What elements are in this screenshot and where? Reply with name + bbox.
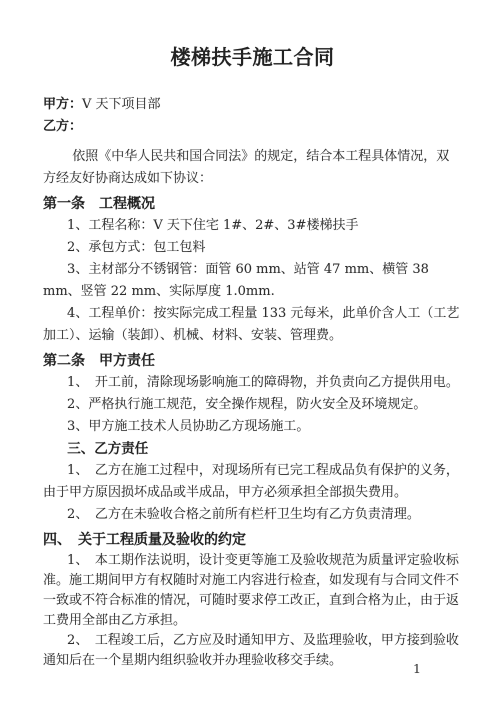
section-4-heading: 四、 关于工程质量及验收的约定 [43,529,462,551]
section-1-item-3: 3、主材部分不锈钢管：面管 60 mm、站管 47 mm、横管 38 mm、竖管… [43,259,462,303]
section-1-item-2: 2、承包方式：包工包料 [43,237,462,259]
section-2-item-2: 2、严格执行施工规范，安全操作规程，防火安全及环境规定。 [43,394,462,416]
section-1-item-4: 4、工程单价：按实际完成工程量 133 元每米，此单价含人工（工艺加工）、运输（… [43,303,462,347]
section-3-item-1: 1、 乙方在施工过程中，对现场所有已完工程成品负有保护的义务，由于甲方原因损坏成… [43,460,462,504]
section-4-item-1: 1、 本工期作法说明，设计变更等施工及验收规范为质量评定验收标准。施工期间甲方有… [43,551,462,631]
contract-document-page: 楼梯扶手施工合同 甲方：V 天下项目部 乙方： 依照《中华人民共和国合同法》的规… [0,0,500,708]
section-2-item-1: 1、 开工前，清除现场影响施工的障碍物，并负责向乙方提供用电。 [43,372,462,394]
party-a-line: 甲方：V 天下项目部 [43,94,462,116]
preamble-paragraph: 依照《中华人民共和国合同法》的规定，结合本工程具体情况，双方经友好协商达成如下协… [43,146,462,190]
section-1-item-1: 1、工程名称：V 天下住宅 1#、2#、3#楼梯扶手 [43,215,462,237]
section-1-heading: 第一条 工程概况 [43,193,462,215]
section-2-item-3: 3、甲方施工技术人员协助乙方现场施工。 [43,416,462,438]
page-number: 1 [413,658,421,680]
section-4-item-2: 2、 工程竣工后，乙方应及时通知甲方、及监理验收，甲方接到验收通知后在一个星期内… [43,631,462,671]
party-b-line: 乙方： [43,116,462,138]
section-2-heading: 第二条 甲方责任 [43,350,462,372]
parties-block: 甲方：V 天下项目部 乙方： [43,94,462,138]
contract-title: 楼梯扶手施工合同 [43,44,462,70]
party-b-label: 乙方： [43,119,82,134]
section-3-heading: 三、乙方责任 [43,438,462,460]
party-a-value: V 天下项目部 [82,97,161,112]
party-a-label: 甲方： [43,97,82,112]
section-3-item-2: 2、 乙方在未验收合格之前所有栏杆卫生均有乙方负责清理。 [43,504,462,526]
